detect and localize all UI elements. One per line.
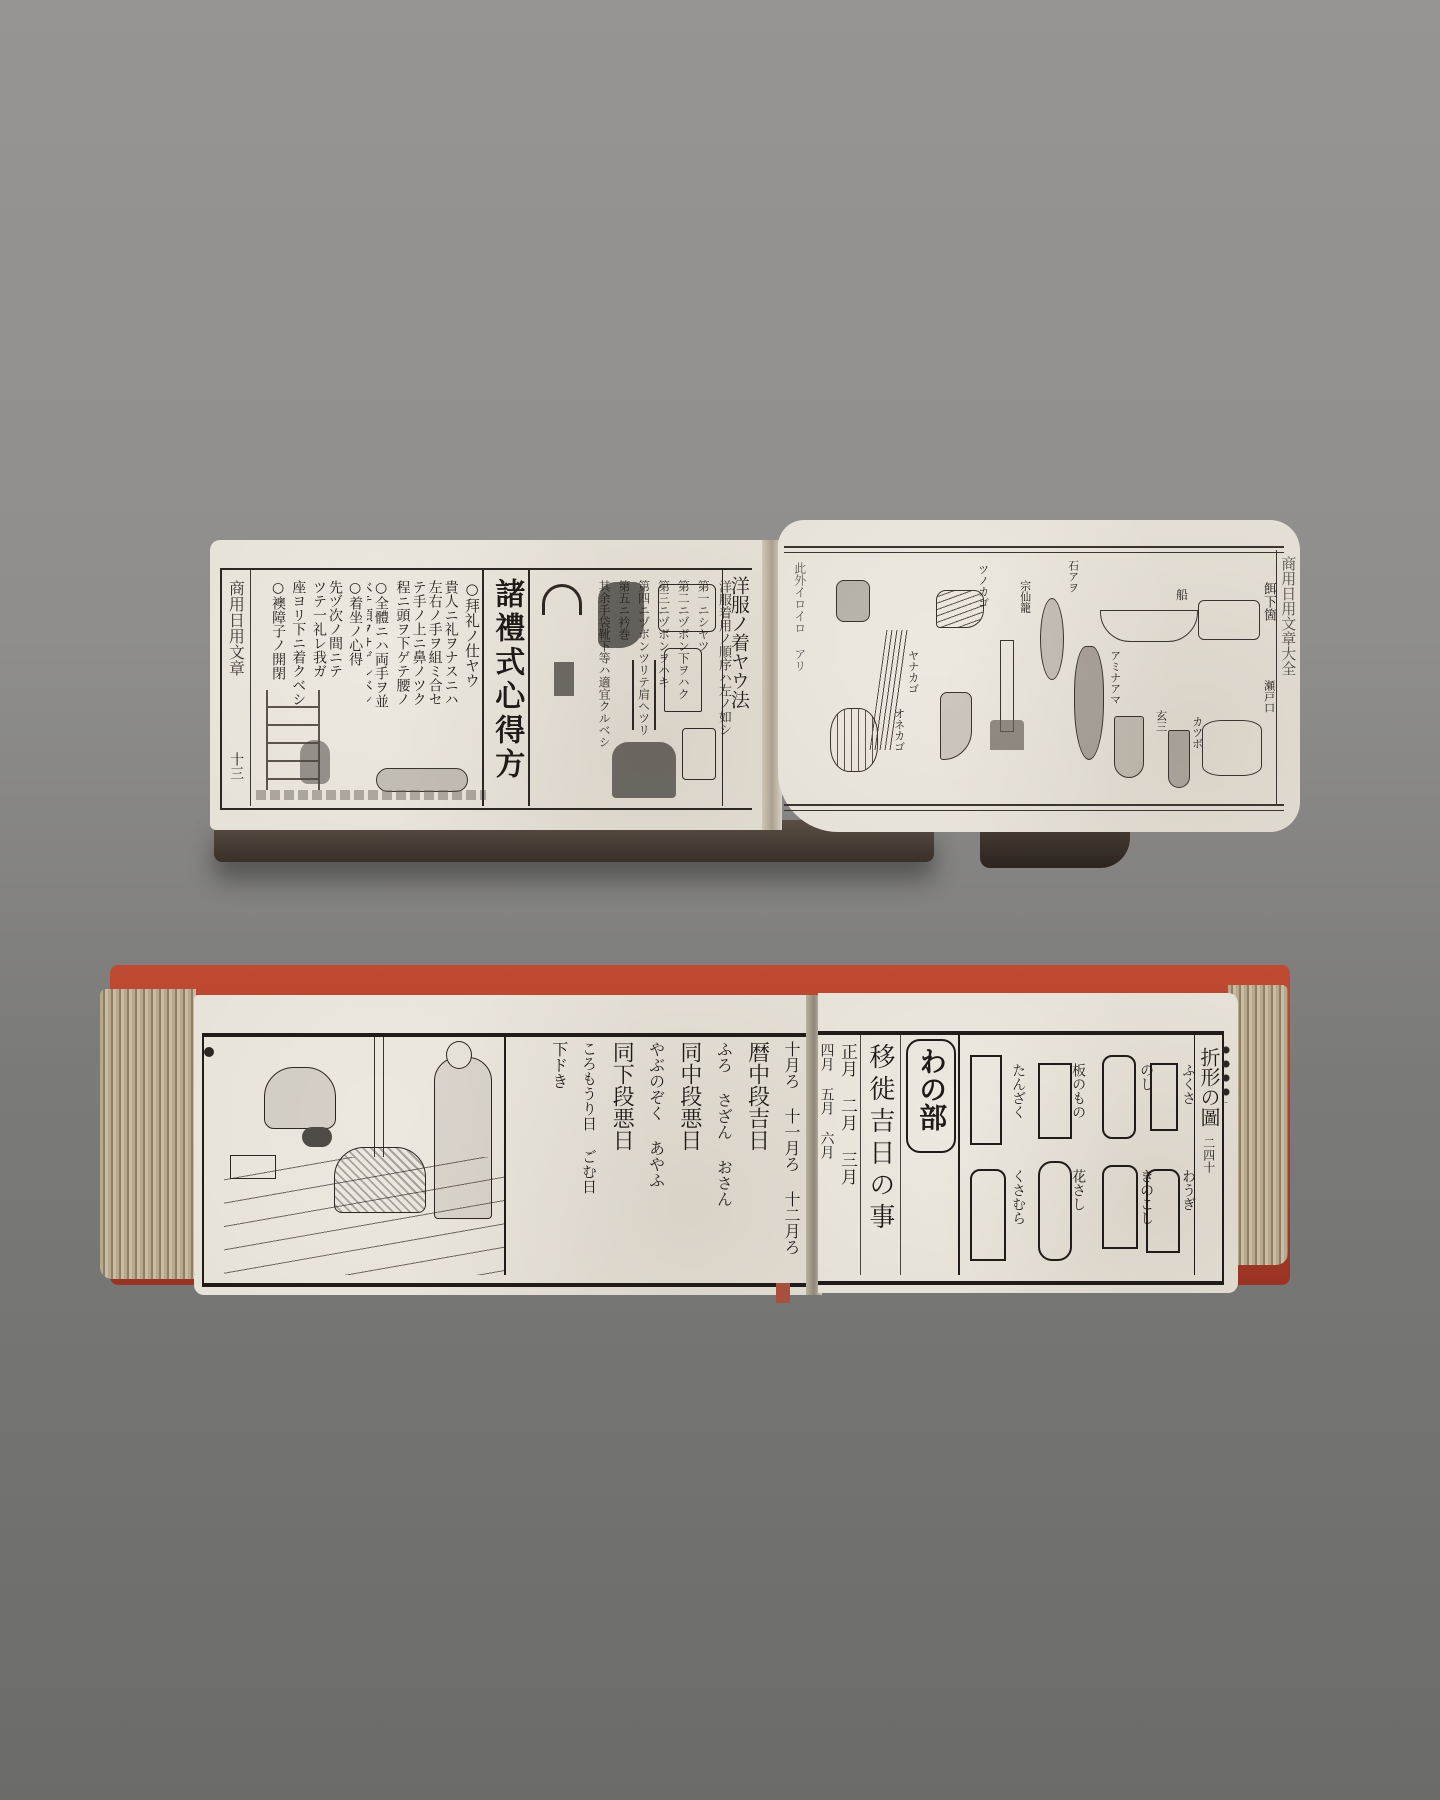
text-column: 其余手袋靴下等ハ適宜クルベシ [596,580,610,800]
text-column: 同中段悪日 [677,1041,702,1273]
etiquette-text: ○拜礼ノ仕ヤウ 貴人ニ礼ヲナスニハ左右ノ手ヲ組ミ合セテ手ノ上ニ鼻ノツク程ニ頭ヲ下… [270,580,480,790]
tool-box [230,1155,276,1179]
text-column: 同下段悪日 [609,1041,634,1273]
intro-text: 此外イロイロ アリ [792,562,806,792]
text-column: 第一ニシヤツ [695,580,709,800]
fold-diagram [1150,1063,1178,1131]
clothing-title-box: 洋服ノ着ヤウ法 [722,568,753,806]
worker-figure-2 [334,1147,426,1213]
clothing-text: 洋服着用ノ順序ハ左ノ如シ 第一ニシヤツ 第二ニヅボン下ヲハク 第三ニヅボンヲハキ… [540,580,730,800]
section-badge: わの部 [906,1039,956,1153]
top-book-right-page: 此外イロイロ アリ ヤナカゴ ツノカゴ オネカゴ 宗仙籠 石アヲ アミナアマ 玄… [778,520,1300,832]
text-column: 正月 二月 三月 [836,1043,856,1273]
item-label: 石アヲ [1066,560,1079,593]
bottom-book-right-page: 正月 二月 三月 四月 五月 六月 移徙吉日の事 わの部 たんざく 板のもの の… [818,993,1238,1293]
floor-lines [256,790,486,800]
text-column: 貴人ニ礼ヲナスニハ左右ノ手ヲ組ミ合セテ手ノ上ニ鼻ノツク程ニ頭ヲ下ゲテ腰ノクカクナ… [393,580,459,708]
running-head: 商用日用文章大全 [1279,556,1296,676]
woven-basket-drawing [830,708,878,772]
worker-figure-1-legs [302,1127,332,1147]
stand-base-drawing [990,720,1024,750]
section-badge-label: わの部 [915,1047,947,1151]
text-column: ○拜礼ノ仕ヤウ [463,580,480,790]
section-title-box: 諸禮式心得方 [482,568,530,806]
top-book-left-page: 商用日用文章 十三 ○拜礼ノ仕ヤウ 貴人ニ礼ヲナスニハ左右ノ手ヲ組ミ合セテ手ノ上… [210,540,765,830]
text-column: 先ヅ次ノ間ニテツテ一礼レ我ガ居ルベキ [310,580,343,690]
stand-drawing [1000,640,1014,732]
fold-label: のし [1138,1063,1154,1091]
text-column: 第二ニヅボン下ヲハク [675,580,689,800]
divider [860,1035,861,1275]
fold-label: くさむら [1010,1169,1026,1225]
text-column: 下ドき [549,1041,567,1273]
item-label: ヤナカゴ [906,650,919,694]
text-column: 十月ろ 十一月ろ 十二月ろ [782,1041,800,1273]
gourd-drawing [1040,598,1064,680]
fold-label: きのこし [1138,1169,1154,1225]
fold-label: たんざく [1010,1063,1026,1119]
binding-hole [204,1047,214,1057]
months-text: 正月 二月 三月 四月 五月 六月 [822,1043,856,1273]
item-label: 宗仙籠 [1018,580,1031,613]
worker-figure-1 [264,1067,336,1129]
strip-divider [250,570,251,806]
text-column: 座ヨリ下ニ着クベシ [290,580,306,790]
text-column: 第三ニヅボンヲハキ [656,580,670,800]
round-tub-drawing [1202,720,1262,776]
fold-diagram [1038,1161,1072,1261]
item-label: アミナアマ [1108,650,1121,705]
item-label: 船 [1176,586,1188,603]
top-book: 商用日用文章 十三 ○拜礼ノ仕ヤウ 貴人ニ礼ヲナスニハ左右ノ手ヲ組ミ合セテ手ノ上… [210,520,1300,870]
text-column: ふろ さざん おさん [714,1041,732,1273]
text-column: 暦中段吉日 [744,1041,769,1273]
item-label: ツノカゴ [976,564,989,608]
cup-drawing [1114,716,1144,778]
fold-diagram [1102,1165,1138,1249]
binding-holes [1222,1043,1230,1103]
right-running-head-strip: 商用日用文章大全 [1276,550,1299,804]
fold-diagram [1102,1055,1136,1139]
fold-diagram [970,1055,1002,1145]
clothing-title: 洋服ノ着ヤウ法 [727,576,749,709]
text-column: ころもうり日 ごむ日 [580,1041,597,1273]
lidded-box-drawing [1198,600,1260,640]
master-figure [434,1057,492,1219]
text-column: 第四ニヅボンツリテ肩ヘツリ [636,580,650,800]
text-column: ○襖障子ノ開閉 [270,580,286,790]
item-label: 餌下箇 [1260,582,1275,621]
carpenter-illustration [224,1037,506,1275]
boat-vessel-drawing [1100,610,1198,642]
bottom-book-left-page: 十月ろ 十一月ろ 十二月ろ 暦中段吉日 ふろ さざん おさん 同中段悪日 やぶの… [194,995,814,1295]
right-page-bottom-rule [784,804,1284,811]
page-number: 十三 [228,752,244,780]
fold-label: 板のもの [1070,1063,1086,1119]
calendar-text: 十月ろ 十一月ろ 十二月ろ 暦中段吉日 ふろ さざん おさん 同中段悪日 やぶの… [510,1041,806,1273]
divider [900,1035,901,1275]
vase-drawing [1074,646,1104,760]
master-head [446,1041,472,1069]
item-label: カツボ [1190,716,1203,749]
carrot-vessel-drawing [1168,730,1190,788]
basket-cup-drawing [836,580,870,622]
bookmark-ribbon [776,1283,790,1303]
section-title: 移徙吉日の事 [864,1043,894,1235]
text-column: ○全體ニハ両手ヲ並ベテ頭ヲサゲルベシ [367,580,389,708]
divider [958,1035,960,1275]
pillar [374,1037,384,1157]
fold-label: 花さし [1070,1169,1086,1211]
item-label: 瀬戸口 [1262,680,1275,713]
diagram-title: 折形の圖 [1197,1047,1220,1127]
bottom-book: 十月ろ 十一月ろ 十二月ろ 暦中段吉日 ふろ さざん おさん 同中段悪日 やぶの… [90,965,1310,1295]
diagram-title-strip: 折形の圖 二四十 [1194,1035,1223,1275]
left-page-edges [100,989,196,1279]
text-column: 四月 五月 六月 [818,1043,834,1273]
fold-diagram [970,1169,1006,1261]
item-label: 玄三 [1154,710,1167,732]
right-page-top-rule [784,546,1284,553]
text-column: 第五ニ衿巻 [616,580,630,800]
fold-diagram [1038,1063,1072,1139]
running-head: 商用日用文章 [226,580,244,740]
section-title: 諸禮式心得方 [489,578,524,782]
page-number: 二四十 [1201,1137,1215,1173]
item-label: オネカゴ [892,708,905,752]
horn-basket-drawing [940,692,972,760]
text-column: やぶのぞく あやふ [646,1041,664,1273]
text-column: ○着坐ノ心得 [347,580,363,790]
